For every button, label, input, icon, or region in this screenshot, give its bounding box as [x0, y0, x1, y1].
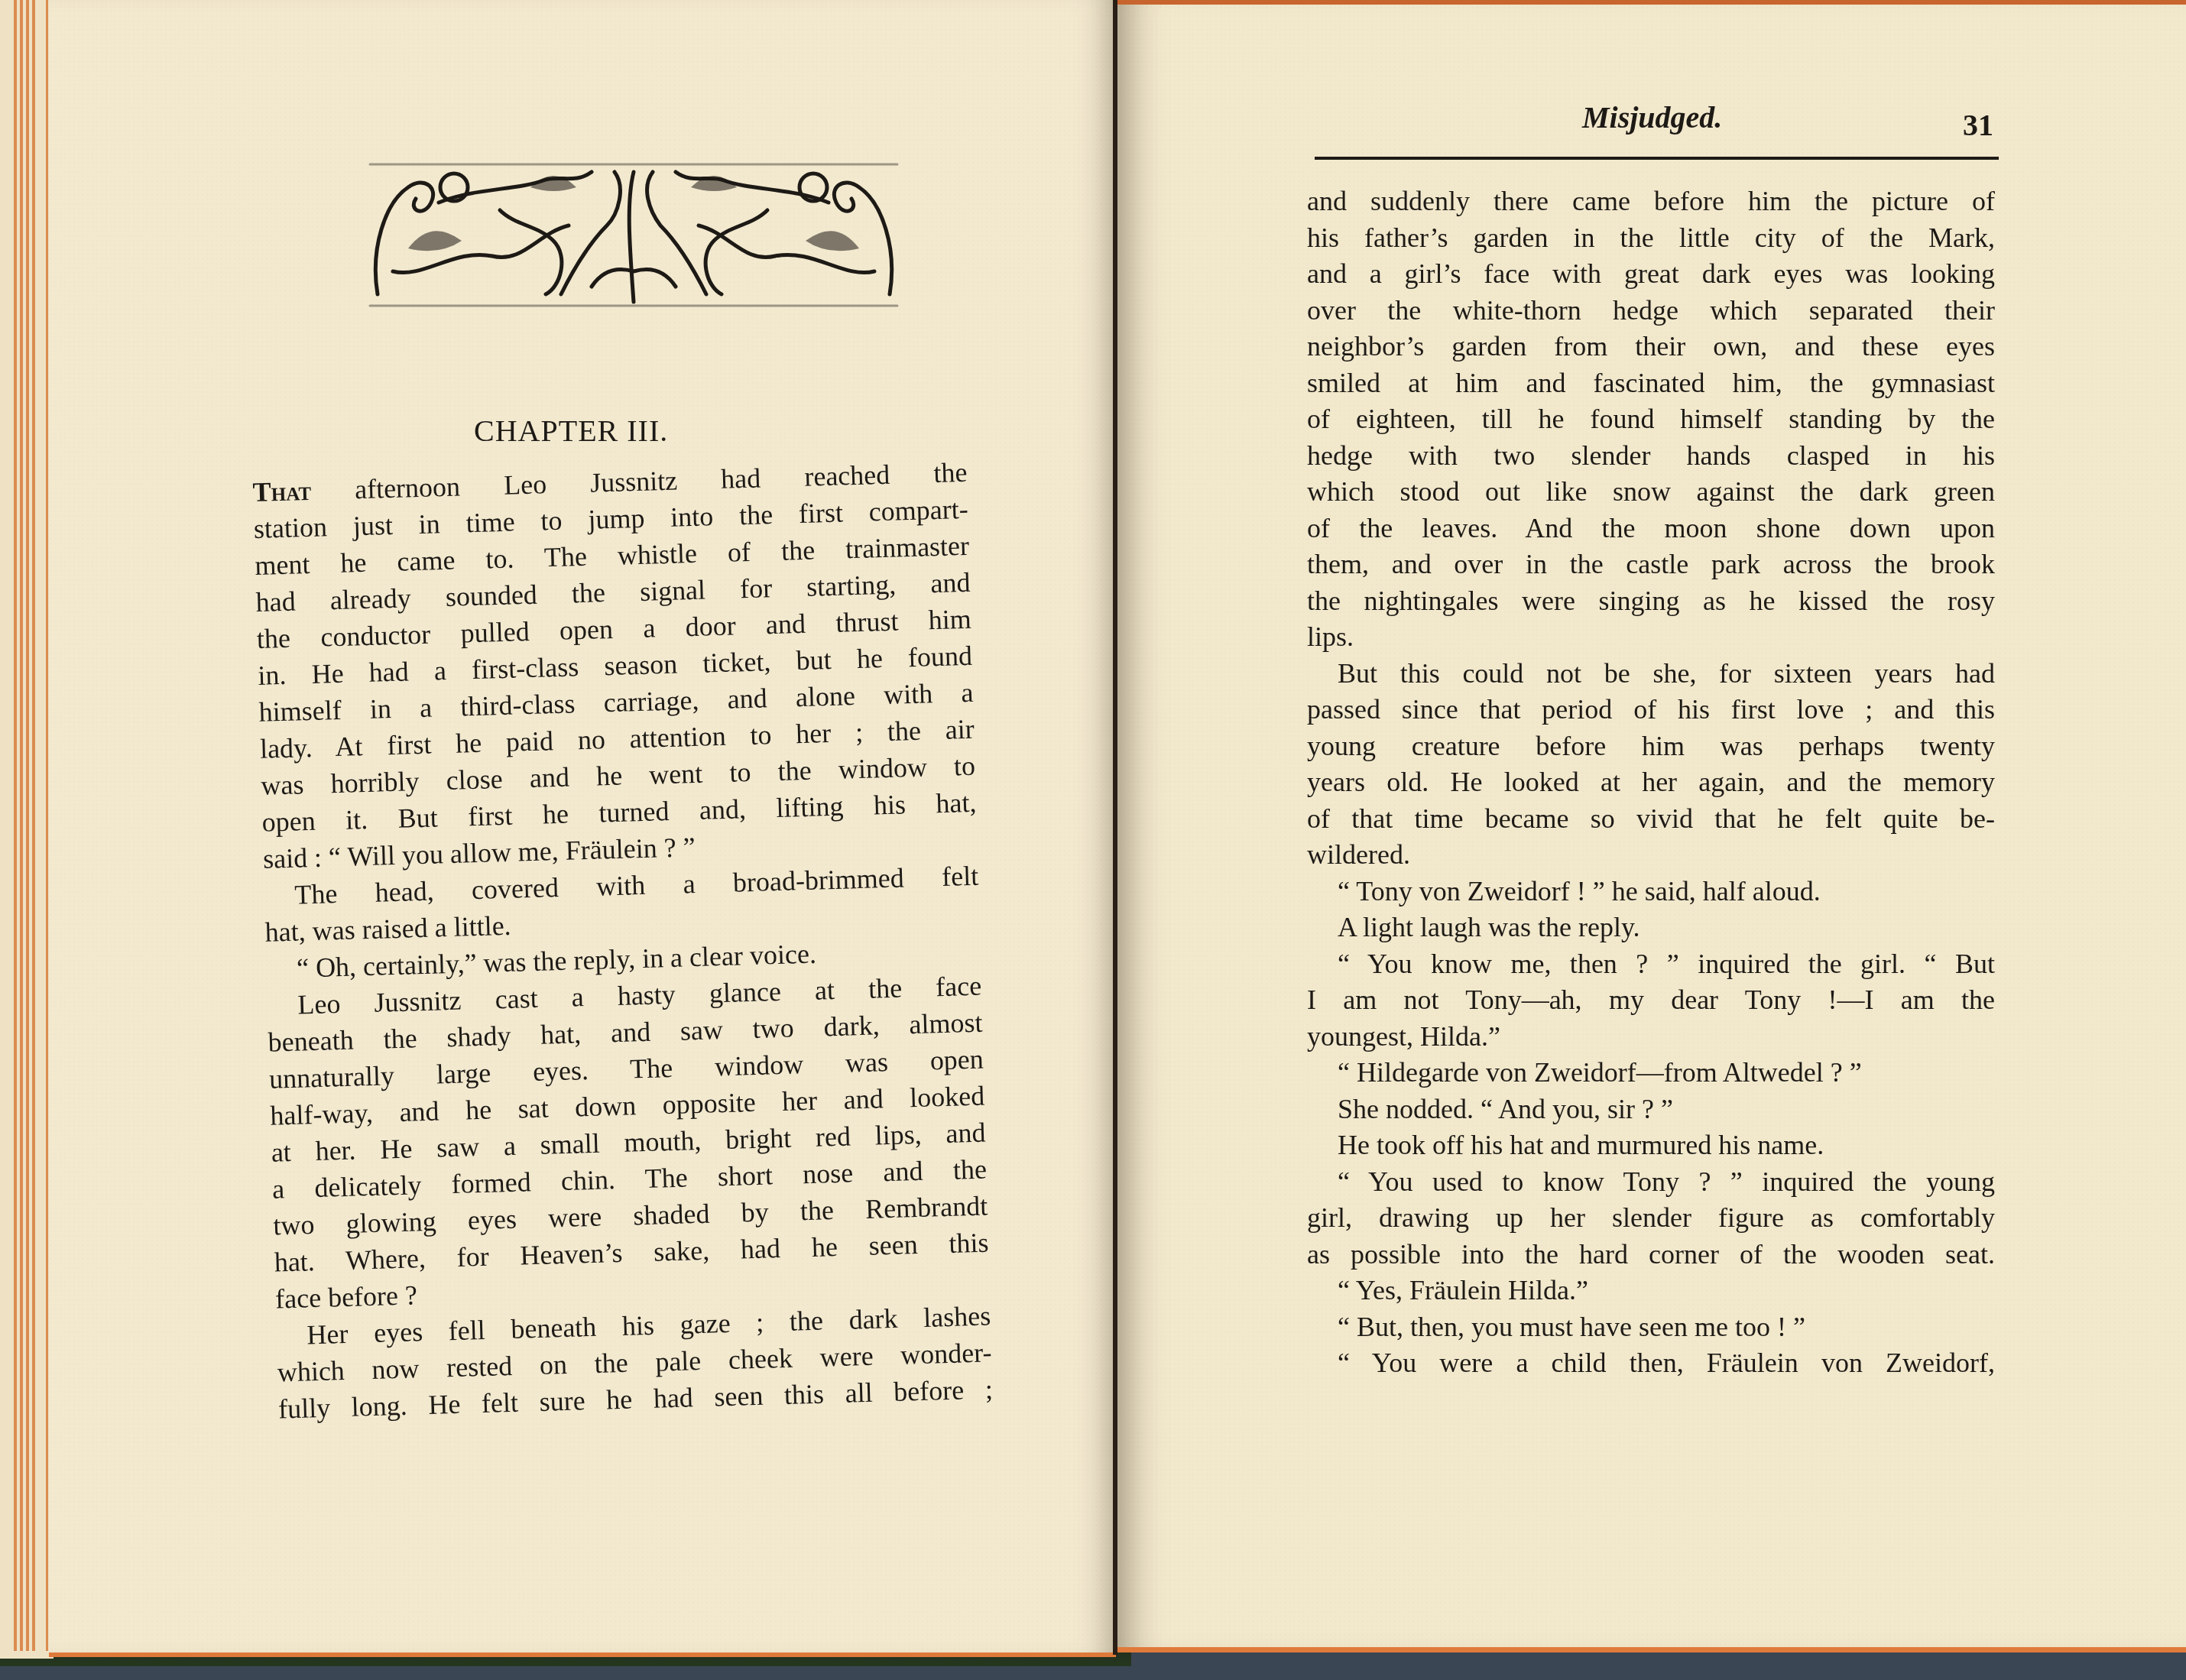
text-line: “ You used to know Tony ? ” inquired the…	[1307, 1164, 1995, 1201]
page-stack-edges	[0, 0, 54, 1659]
text-line: She nodded. “ And you, sir ? ”	[1307, 1091, 1995, 1128]
text-line: “ Hildegarde von Zweidorf—from Altwedel …	[1307, 1055, 1995, 1091]
decorative-headpiece-icon	[362, 157, 905, 310]
chapter-title: CHAPTER III.	[474, 413, 668, 449]
text-line: which stood out like snow against the da…	[1307, 474, 1995, 511]
page-edge	[14, 0, 17, 1651]
text-line: of eighteen, till he found himself stand…	[1307, 401, 1995, 438]
running-head: Misjudged.	[1582, 99, 1722, 135]
text-line: wildered.	[1307, 837, 1995, 874]
text-line: “ You know me, then ? ” inquired the gir…	[1307, 946, 1995, 983]
text-line: hedge with two slender hands clasped in …	[1307, 438, 1995, 475]
text-line: of that time became so vivid that he fel…	[1307, 801, 1995, 838]
text-line: neighbor’s garden from their own, and th…	[1307, 329, 1995, 365]
text-line: smiled at him and fascinated him, the gy…	[1307, 365, 1995, 402]
text-line: of the leaves. And the moon shone down u…	[1307, 511, 1995, 547]
text-line: youngest, Hilda.”	[1307, 1019, 1995, 1056]
text-line: as possible into the hard corner of the …	[1307, 1237, 1995, 1273]
page-edge	[32, 0, 35, 1651]
text-line: young creature before him was perhaps tw…	[1307, 728, 1995, 765]
text-line: over the white-thorn hedge which separat…	[1307, 293, 1995, 329]
text-line: He took off his hat and murmured his nam…	[1307, 1127, 1995, 1164]
text-line: “ Tony von Zweidorf ! ” he said, half al…	[1307, 874, 1995, 910]
text-line: “ Yes, Fräulein Hilda.”	[1307, 1273, 1995, 1309]
text-line: girl, drawing up her slender figure as c…	[1307, 1200, 1995, 1237]
text-line: But this could not be she, for sixteen y…	[1307, 656, 1995, 692]
left-page-body: That afternoon Leo Jussnitz had reached …	[252, 454, 993, 1428]
page-edge	[46, 0, 48, 1651]
right-page-body: and suddenly there came before him the p…	[1307, 183, 1995, 1382]
page-edge	[20, 0, 23, 1651]
text-line: and a girl’s face with great dark eyes w…	[1307, 256, 1995, 293]
text-line: and suddenly there came before him the p…	[1307, 183, 1995, 220]
text-line: passed since that period of his first lo…	[1307, 692, 1995, 728]
text-line: I am not Tony—ah, my dear Tony !—I am th…	[1307, 982, 1995, 1019]
drop-lead-word: That	[252, 475, 311, 508]
header-rule	[1315, 157, 1999, 160]
page-number: 31	[1963, 107, 1993, 143]
page-top-edge	[1117, 0, 2186, 5]
text-line: “ You were a child then, Fräulein von Zw…	[1307, 1345, 1995, 1382]
text-line: A light laugh was the reply.	[1307, 910, 1995, 946]
text-line: “ But, then, you must have seen me too !…	[1307, 1309, 1995, 1346]
text-line: lips.	[1307, 619, 1995, 656]
text-line: the nightingales were singing as he kiss…	[1307, 583, 1995, 620]
text-line: them, and over in the castle park across…	[1307, 546, 1995, 583]
text-line: his father’s garden in the little city o…	[1307, 220, 1995, 257]
page-edge	[26, 0, 29, 1651]
text-line: years old. He looked at her again, and t…	[1307, 764, 1995, 801]
